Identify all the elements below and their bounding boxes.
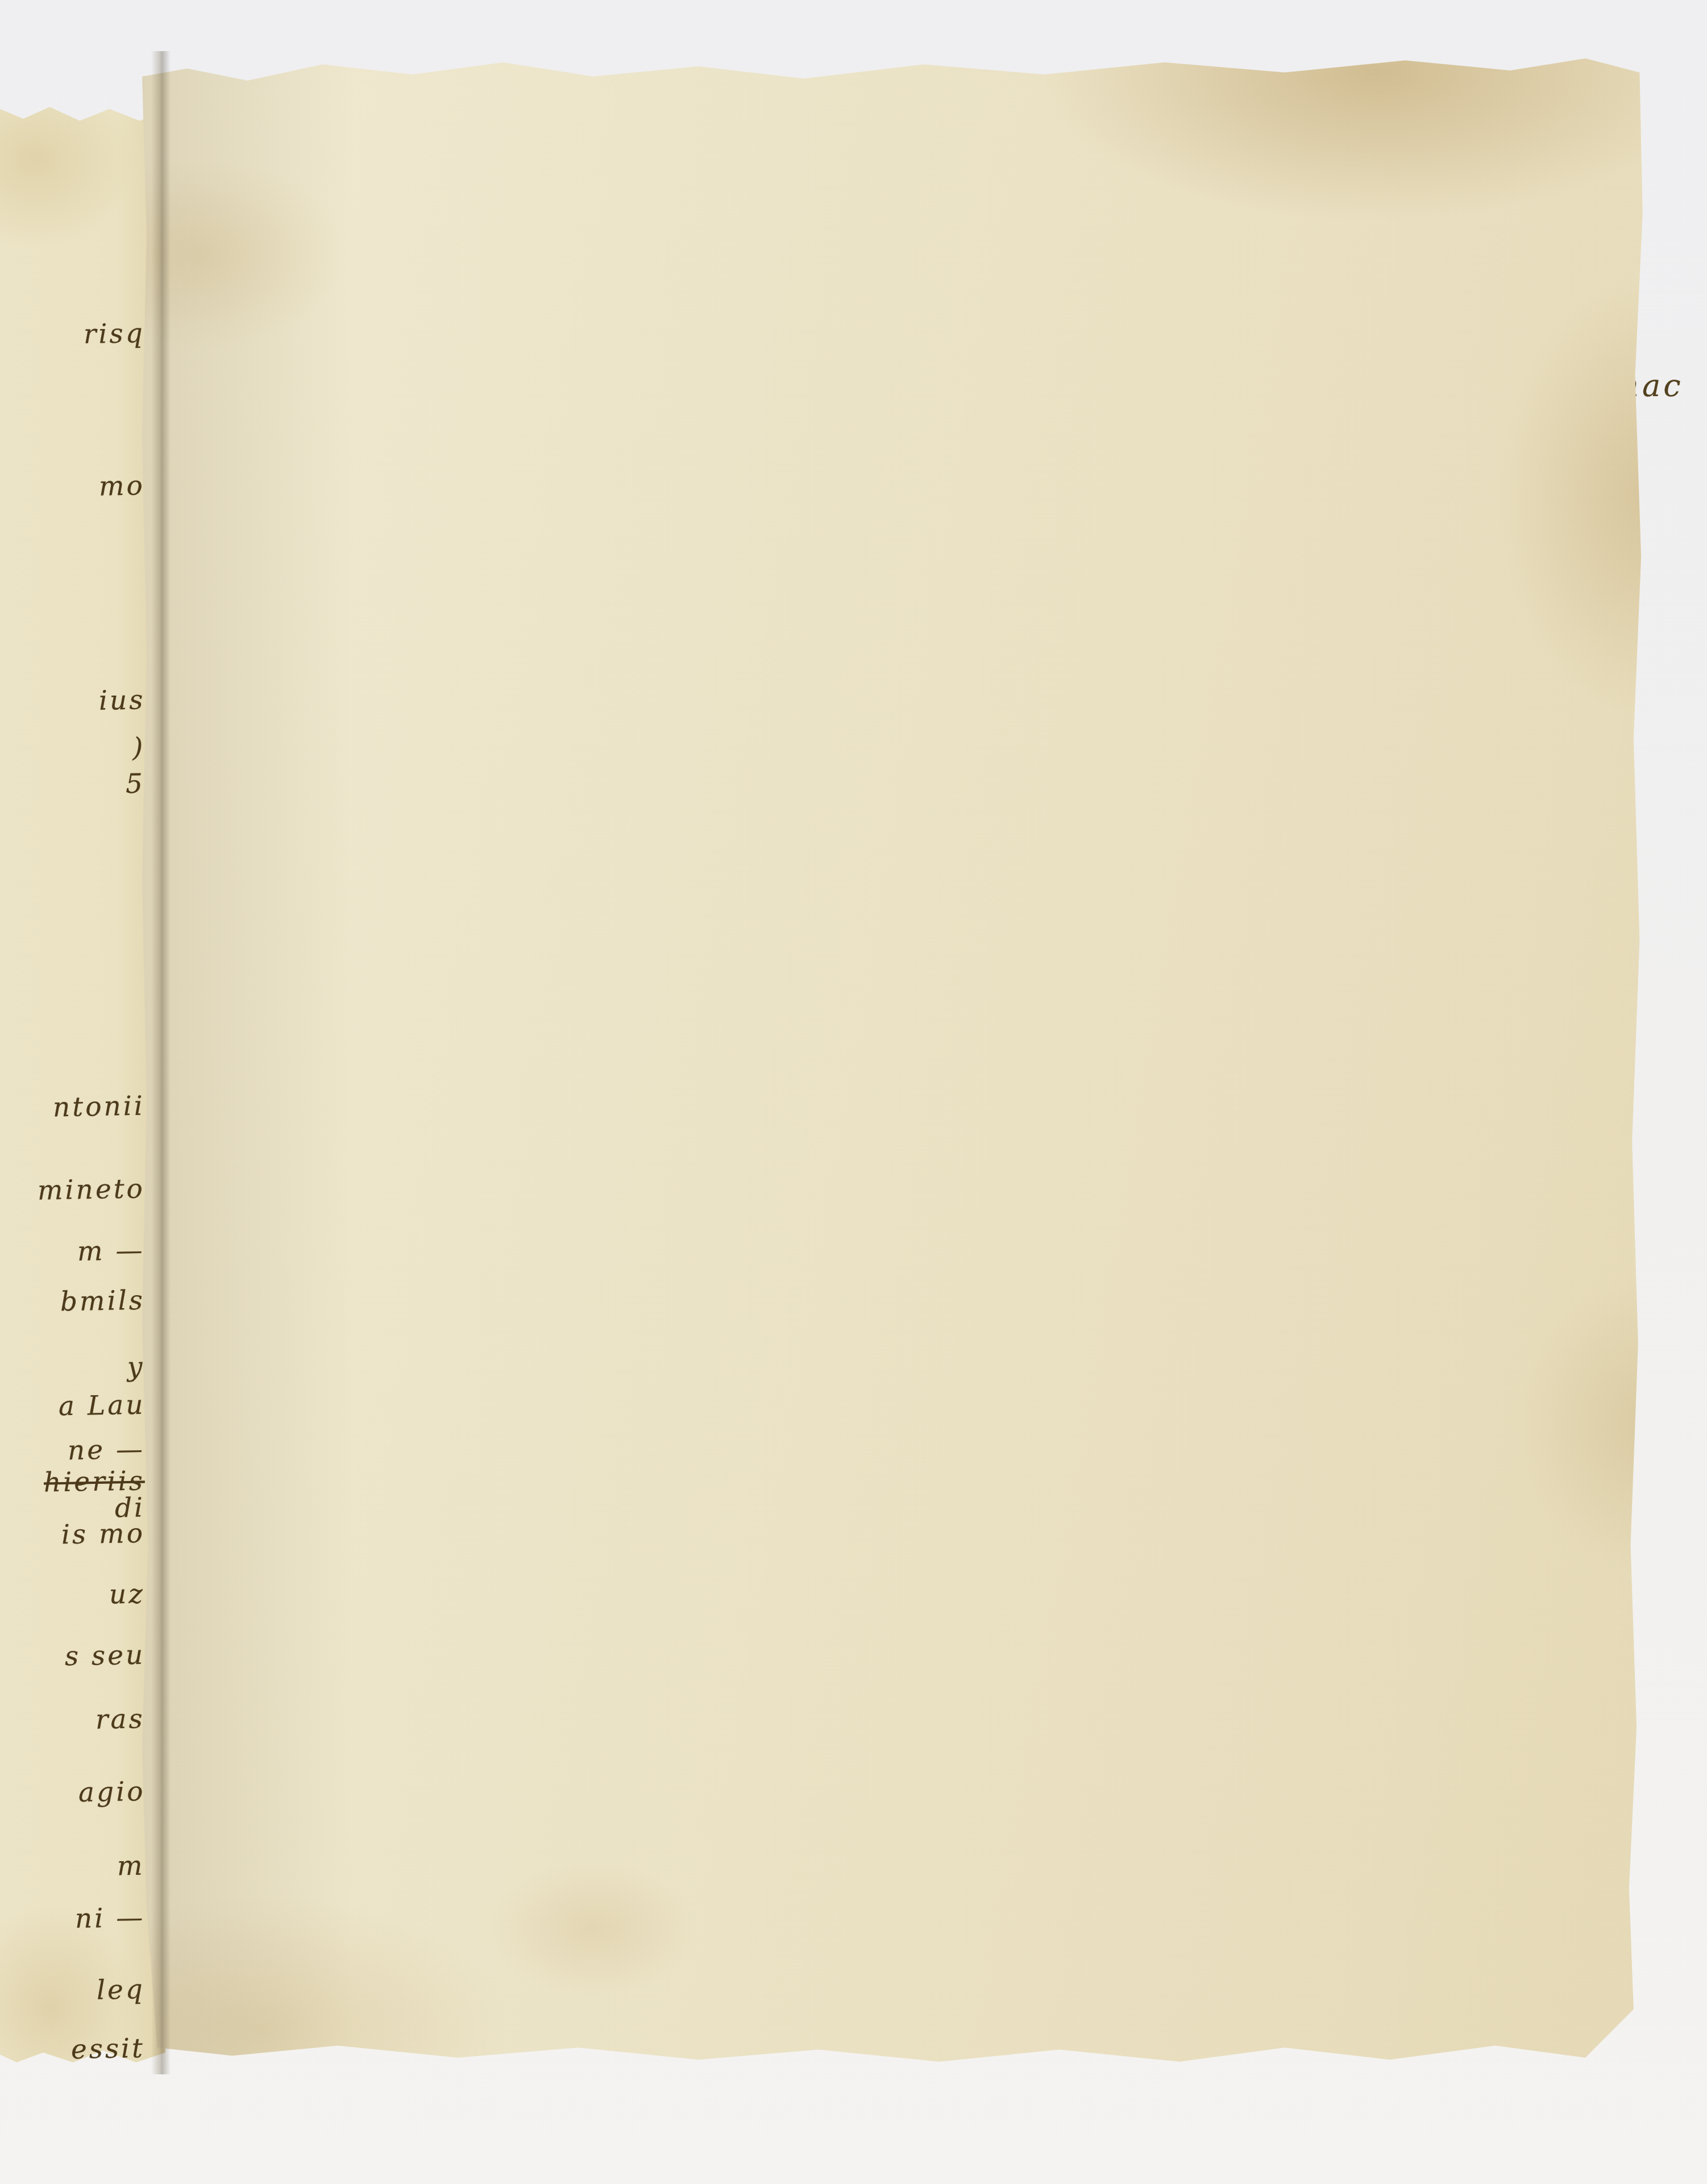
left-leaf-fragment: 5	[126, 768, 146, 800]
left-leaf-fragment: m	[117, 1850, 146, 1882]
left-leaf-fragment: a Lau	[58, 1390, 145, 1422]
left-leaf-fragment: mo	[99, 470, 146, 502]
left-leaf-fragment: ius	[98, 684, 145, 716]
left-leaf-fragment: uz	[109, 1578, 145, 1610]
left-leaf-fragment: y	[127, 1351, 146, 1383]
left-leaf-fragment: bmils	[60, 1285, 146, 1318]
left-leaf-fragment: ras	[95, 1703, 146, 1736]
left-leaf-fragment: risq	[84, 318, 146, 350]
left-leaf-fragment: ni —	[74, 1902, 145, 1935]
main-page	[142, 52, 1646, 2070]
left-leaf-fragment: ne —	[67, 1434, 145, 1466]
left-leaf-fragment: essit	[71, 2033, 146, 2065]
left-leaf-fragment: is mo	[61, 1518, 146, 1551]
left-leaf-fragment: s seu	[64, 1640, 145, 1672]
left-leaf-fragment: m —	[77, 1235, 145, 1267]
left-leaf-fragment: )	[132, 732, 145, 763]
scanned-manuscript: risqmoius)5ntoniiminetom —bmilsya Laune …	[0, 0, 1707, 2184]
left-leaf-fragment: ntonii	[53, 1091, 146, 1124]
left-leaf	[0, 101, 166, 2066]
left-leaf-fragment: leq	[97, 1974, 146, 2006]
left-leaf-fragment: mineto	[38, 1173, 146, 1206]
gutter-crease	[151, 51, 171, 2074]
left-leaf-fragment: agio	[78, 1776, 145, 1808]
